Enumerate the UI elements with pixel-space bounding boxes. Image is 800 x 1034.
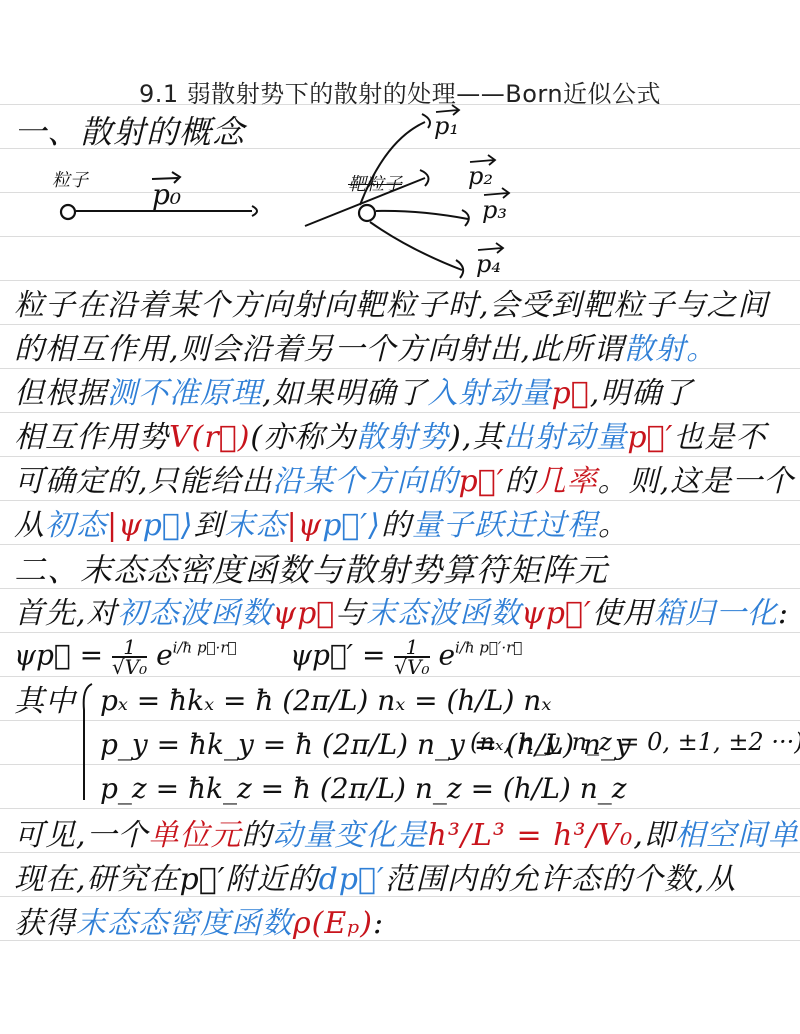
red-ink-text: |ψ [287, 508, 323, 543]
normalization-fraction: 1√V₀ [394, 638, 429, 676]
paragraph-line: 的相互作用,则会沿着另一个方向射出,此所谓散射。 [14, 330, 717, 370]
normalization-fraction: 1√V₀ [112, 638, 147, 676]
ruled-line [0, 808, 800, 809]
closing-line: 现在,研究在p⃗′附近的dp⃗′范围内的允许态的个数,从 [14, 860, 736, 900]
red-ink-text: 单位元 [149, 818, 242, 853]
blue-ink-text: 初态波函数 [118, 596, 273, 631]
psi-p-prime-equation: ψp⃗′ = 1√V₀ ei/ħ p⃗′·r⃗ [290, 638, 522, 676]
incident-momentum-label: p₀ [152, 178, 181, 211]
blue-ink-text: 末态 [225, 508, 287, 543]
psi-p-prime-lhs: ψp⃗′ [290, 639, 353, 672]
component-range-note: (nₓ, n_y, n_z = 0, ±1, ±2 ···) [470, 728, 800, 756]
ink-text: 可见,一个 [14, 818, 149, 853]
ink-text: 到 [194, 508, 225, 543]
ink-text: 与 [335, 596, 366, 631]
outgoing-momentum-p3: p₃ [482, 196, 507, 224]
ink-text: 粒子在沿着某个方向射向靶粒子时,会受到靶粒子与之间 [14, 288, 769, 323]
closing-line: 可见,一个单位元的动量变化是h³/L³ = h³/V₀,即相空间单位体积 [14, 816, 800, 856]
red-ink-text: h³/L³ = h³/V₀ [428, 818, 634, 853]
blue-ink-text: 入射动量 [428, 376, 552, 411]
intro-line: 首先,对初态波函数ψp⃗与末态波函数ψp⃗′使用箱归一化: [14, 594, 789, 634]
blue-ink-text: 出射动量 [503, 420, 627, 455]
where-label: 其中 [14, 682, 76, 722]
target-label: 靶粒子 [348, 170, 402, 196]
blue-ink-text: 相空间单位体积 [675, 818, 800, 853]
section-2-heading: 二、末态态密度函数与散射势算符矩阵元 [14, 550, 608, 590]
blue-ink-text: 末态态密度函数 [76, 906, 293, 941]
ink-text: ,即 [633, 818, 675, 853]
ink-text: ,明确了 [590, 376, 694, 411]
ink-text: (亦称为 [250, 420, 356, 455]
blue-ink-text: 测不准原理 [107, 376, 262, 411]
left-brace [76, 680, 96, 810]
paragraph-line: 粒子在沿着某个方向射向靶粒子时,会受到靶粒子与之间 [14, 286, 769, 326]
blue-ink-text: p⃗ [143, 508, 181, 543]
paragraph-line: 可确定的,只能给出沿某个方向的p⃗′的几率。则,这是一个 [14, 462, 794, 502]
ink-text: 但根据 [14, 376, 107, 411]
ink-text: 首先,对 [14, 596, 118, 631]
ink-text: : [373, 906, 384, 941]
paragraph-line: 从初态|ψp⃗⟩到末态|ψp⃗′⟩的量子跃迁过程。 [14, 506, 629, 546]
blue-ink-text: ⟩ [181, 508, 194, 543]
ink-text: 也是不 [673, 420, 766, 455]
paragraph-line: 但根据测不准原理,如果明确了入射动量p⃗,明确了 [14, 374, 693, 414]
ink-text: 使用 [592, 596, 654, 631]
exponential-base: e [156, 639, 173, 672]
ink-text: 从 [14, 508, 45, 543]
blue-ink-text: 末态波函数 [366, 596, 521, 631]
closing-line: 获得末态态密度函数ρ(Eₚ): [14, 904, 384, 944]
ruled-line [0, 764, 800, 765]
red-ink-text: ρ(Eₚ) [293, 906, 373, 941]
red-ink-text: p⃗ [552, 376, 590, 411]
red-ink-text: ψp⃗ [273, 596, 336, 631]
red-ink-text: ψp⃗′ [521, 596, 592, 631]
ink-text: ),其 [449, 420, 503, 455]
psi-p-equation: ψp⃗ = 1√V₀ ei/ħ p⃗·r⃗ [14, 638, 237, 676]
ink-text: 现在,研究在p⃗′附近的 [14, 862, 319, 897]
outgoing-momentum-p4: p₄ [476, 250, 501, 278]
exponent: i/ħ p⃗·r⃗ [173, 639, 237, 657]
ink-text: 获得 [14, 906, 76, 941]
ink-text: ,如果明确了 [262, 376, 428, 411]
red-ink-text: p⃗′ [627, 420, 673, 455]
ink-text: 的相互作用,则会沿着另一个方向射出,此所谓 [14, 332, 624, 367]
blue-ink-text: dp⃗′ [319, 862, 385, 897]
ink-text: 范围内的允许态的个数,从 [385, 862, 737, 897]
ruled-line [0, 720, 800, 721]
blue-ink-text: 散射。 [624, 332, 717, 367]
scattering-diagram: 粒子 p₀ 靶粒子 p₁ p₂ p₃ p₄ [0, 100, 800, 290]
component-equation-x: pₓ = ħkₓ = ħ (2π/L) nₓ = (h/L) nₓ [100, 684, 551, 717]
fraction-denominator: √V₀ [394, 658, 429, 676]
ink-text: 。 [598, 508, 629, 543]
blue-ink-text: p⃗′⟩ [322, 508, 381, 543]
equals-sign: = [80, 639, 103, 672]
paragraph-line: 相互作用势V(r⃗)(亦称为散射势),其出射动量p⃗′也是不 [14, 418, 766, 458]
blue-ink-text: 量子跃迁过程 [412, 508, 598, 543]
ink-text: 可确定的,只能给出 [14, 464, 273, 499]
psi-p-lhs: ψp⃗ [14, 639, 71, 672]
red-ink-text: V(r⃗) [169, 420, 250, 455]
outgoing-momentum-p2: p₂ [468, 162, 493, 190]
ink-text: 的 [505, 464, 536, 499]
equals-sign: = [362, 639, 385, 672]
blue-ink-text: 初态 [45, 508, 107, 543]
component-equation-z: p_z = ħk_z = ħ (2π/L) n_z = (h/L) n_z [100, 772, 627, 805]
blue-ink-text: 沿某个方向的 [273, 464, 459, 499]
fraction-denominator: √V₀ [112, 658, 147, 676]
particle-label: 粒子 [52, 166, 88, 192]
red-ink-text: 几率 [536, 464, 598, 499]
red-ink-text: |ψ [107, 508, 143, 543]
blue-ink-text: 散射势 [356, 420, 449, 455]
blue-ink-text: 动量变化是 [273, 818, 428, 853]
exponential-base: e [438, 639, 455, 672]
ink-text: 的 [381, 508, 412, 543]
red-ink-text: p⃗′ [459, 464, 505, 499]
ink-text: 相互作用势 [14, 420, 169, 455]
ink-text: : [778, 596, 789, 631]
ink-text: 的 [242, 818, 273, 853]
ink-text: 。则,这是一个 [598, 464, 795, 499]
exponent: i/ħ p⃗′·r⃗ [455, 639, 522, 657]
blue-ink-text: 箱归一化 [654, 596, 778, 631]
outgoing-momentum-p1: p₁ [434, 112, 459, 140]
